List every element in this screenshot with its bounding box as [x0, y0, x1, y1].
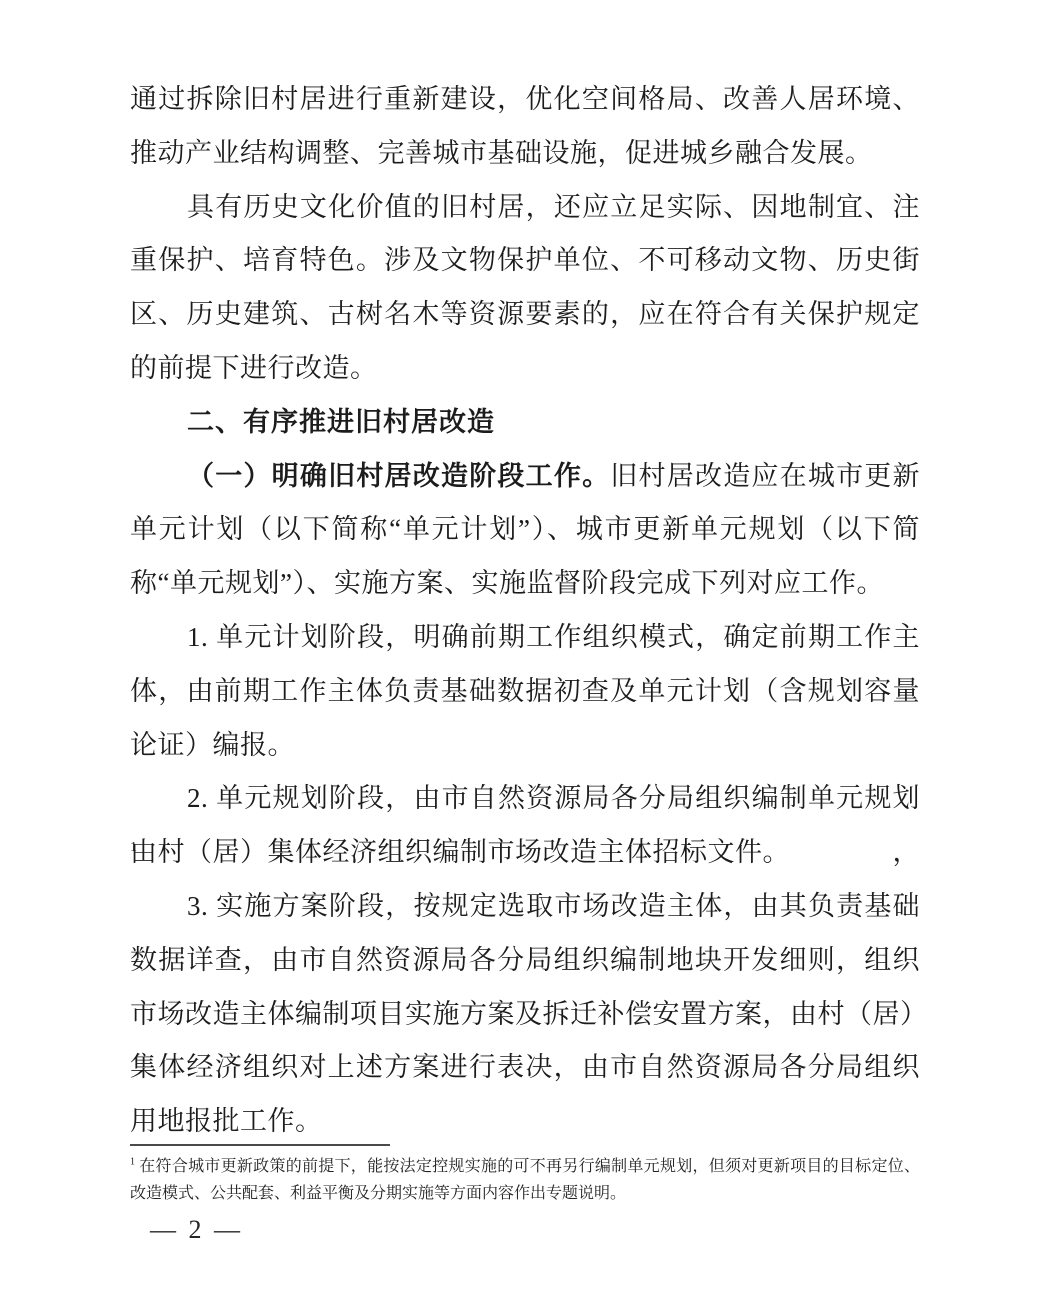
- body-line: 单元计划（以下简称“单元计划”）、城市更新单元规划（以下简: [130, 503, 920, 557]
- footnote-section: 1 在符合城市更新政策的前提下，能按法定控规实施的可不再另行编制单元规划，但须对…: [130, 1144, 920, 1207]
- body-text: 2. 单元规划阶段，由市自然资源局各分局组织编制单元规划: [187, 783, 920, 813]
- body-line: 用地报批工作。: [130, 1095, 920, 1149]
- document-page: 通过拆除旧村居进行重新建设，优化空间格局、改善人居环境、 推动产业结构调整、完善…: [0, 0, 1038, 1295]
- body-line: 体，由前期工作主体负责基础数据初查及单元计划（含规划容量: [130, 665, 920, 719]
- body-line: 的前提下进行改造。: [130, 342, 920, 396]
- body-line: 推动产业结构调整、完善城市基础设施，促进城乡融合发展。: [130, 127, 920, 181]
- body-line: 重保护、培育特色。涉及文物保护单位、不可移动文物、历史街: [130, 234, 920, 288]
- footnote-line: 改造模式、公共配套、利益平衡及分期实施等方面内容作出专题说明。: [130, 1180, 920, 1207]
- footnote-text: 在符合城市更新政策的前提下，能按法定控规实施的可不再另行编制单元规划，但须对更新…: [139, 1158, 920, 1175]
- body-line: 1. 单元计划阶段，明确前期工作组织模式，确定前期工作主: [130, 611, 920, 665]
- body-line: 通过拆除旧村居进行重新建设，优化空间格局、改善人居环境、: [130, 73, 920, 127]
- body-line: （一）明确旧村居改造阶段工作。旧村居改造应在城市更新: [130, 450, 920, 504]
- footnote-line: 1 在符合城市更新政策的前提下，能按法定控规实施的可不再另行编制单元规划，但须对…: [130, 1153, 920, 1180]
- body-line: 论证）编报。: [130, 719, 920, 773]
- body-line: 集体经济组织对上述方案进行表决，由市自然资源局各分局组织: [130, 1041, 920, 1095]
- document-body: 通过拆除旧村居进行重新建设，优化空间格局、改善人居环境、 推动产业结构调整、完善…: [130, 73, 920, 1149]
- body-line: 3. 实施方案阶段，按规定选取市场改造主体，由其负责基础: [130, 880, 920, 934]
- subsection-title: （一）明确旧村居改造阶段工作。: [187, 461, 610, 491]
- footnote-marker: 1: [130, 1157, 135, 1168]
- body-line: 市场改造主体编制项目实施方案及拆迁补偿安置方案，由村（居）: [130, 988, 920, 1042]
- body-line: 具有历史文化价值的旧村居，还应立足实际、因地制宜、注: [130, 181, 920, 235]
- footnote-separator: [130, 1144, 390, 1146]
- body-line: 2. 单元规划阶段，由市自然资源局各分局组织编制单元规划1，: [130, 772, 920, 826]
- body-line: 数据详查，由市自然资源局各分局组织编制地块开发细则，组织: [130, 934, 920, 988]
- page-number: — 2 —: [150, 1215, 243, 1245]
- section-heading: 二、有序推进旧村居改造: [130, 396, 920, 450]
- body-line: 称“单元规划”）、实施方案、实施监督阶段完成下列对应工作。: [130, 557, 920, 611]
- body-line: 区、历史建筑、古树名木等资源要素的，应在符合有关保护规定: [130, 288, 920, 342]
- body-text: 旧村居改造应在城市更新: [610, 461, 920, 491]
